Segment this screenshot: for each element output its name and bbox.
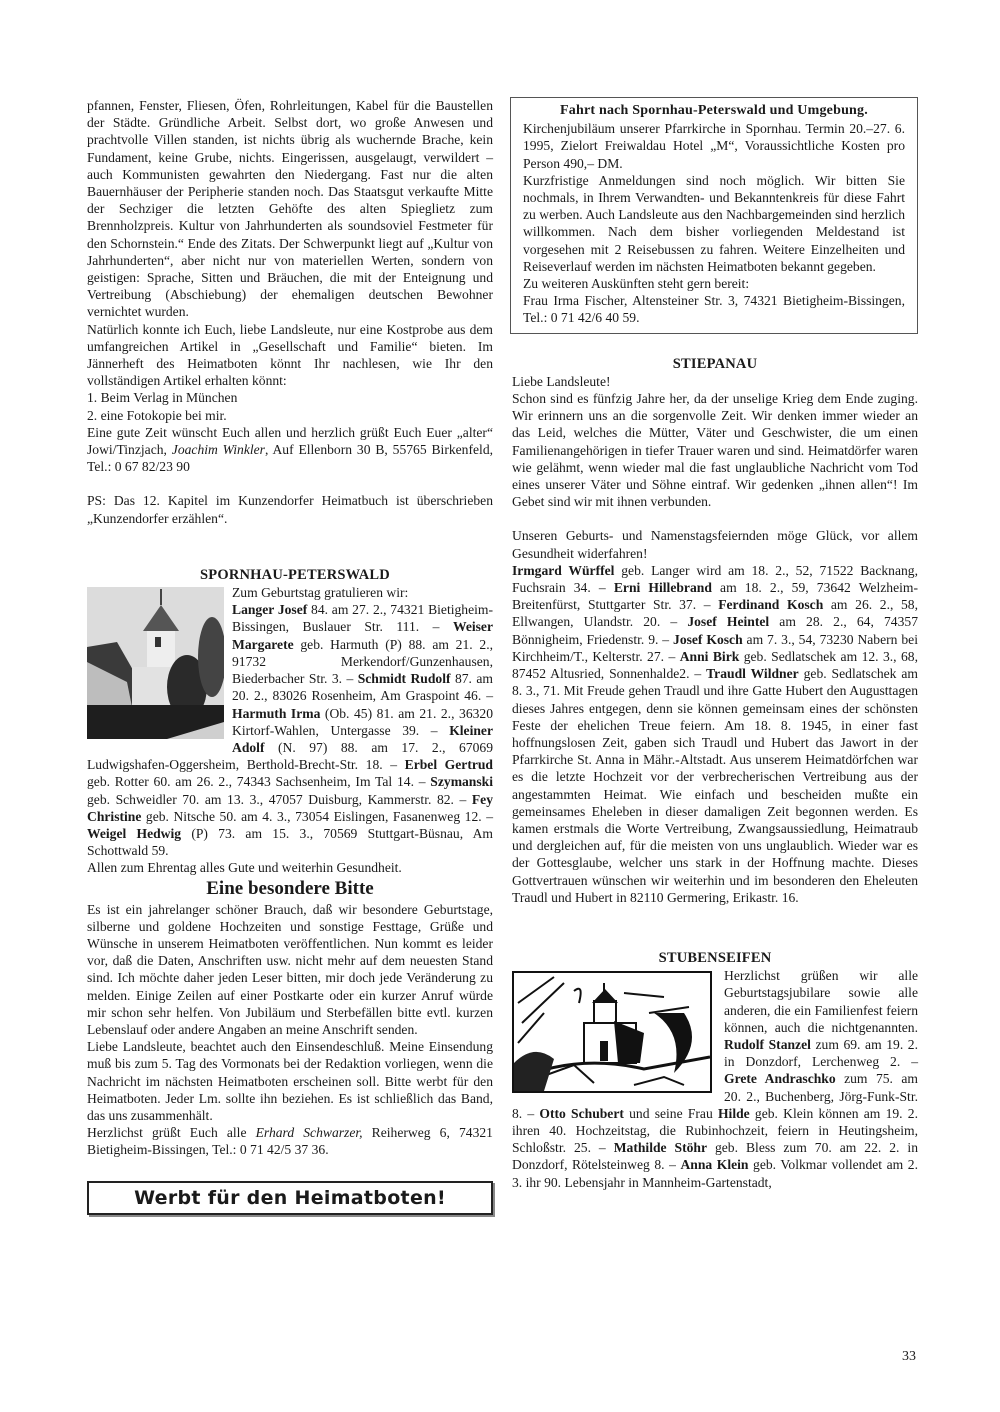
person-name: Irmgard Würffel xyxy=(512,563,614,578)
person-name: Josef Kosch xyxy=(673,632,743,647)
bitte-paragraph-1: Es ist ein jahrelanger schöner Brauch, d… xyxy=(87,901,493,1039)
person-name: Grete Andraschko xyxy=(724,1071,836,1086)
person-name: Otto Schubert xyxy=(539,1106,624,1121)
fahrt-paragraph-2: Kurzfristige Anmeldungen sind noch mögli… xyxy=(523,172,905,275)
section-heading: SPORNHAU-PETERSWALD xyxy=(87,567,493,584)
church-photo-icon xyxy=(87,587,224,739)
stubenseifen-section: STUBENSEIFEN xyxy=(512,950,918,1191)
entry-text: geb. Sedlatschek am 8. 3., 71. Mit Freud… xyxy=(512,666,918,905)
ps-paragraph: PS: Das 12. Kapitel im Kunzendorfer Heim… xyxy=(87,492,493,526)
werbt-banner: Werbt für den Heimatboten! xyxy=(87,1181,493,1215)
spornhau-closing: Allen zum Ehrentag alles Gute und weiter… xyxy=(87,859,493,876)
fahrt-paragraph-3: Zu weiteren Auskünften steht gern bereit… xyxy=(523,275,905,292)
person-name: Mathilde Stöhr xyxy=(614,1140,707,1155)
person-name: Ferdinand Kosch xyxy=(718,597,823,612)
signoff-text: Herzlichst grüßt Euch alle xyxy=(87,1125,256,1140)
entry-text: geb. Nitsche 50. am 4. 3., 73054 Eisling… xyxy=(141,809,493,824)
person-name: Anni Birk xyxy=(680,649,740,664)
closing-paragraph: Eine gute Zeit wünscht Euch allen und he… xyxy=(87,424,493,476)
section-heading: Eine besondere Bitte xyxy=(87,877,493,901)
chapel-sketch xyxy=(512,971,712,1093)
section-heading: STIEPANAU xyxy=(512,356,918,373)
stiepanau-section: STIEPANAU Liebe Landsleute! Schon sind e… xyxy=(512,356,918,906)
person-name: Josef Heintel xyxy=(687,614,769,629)
stiepanau-entries: Irmgard Würffel geb. Langer wird am 18. … xyxy=(512,562,918,906)
fahrt-box: Fahrt nach Spornhau-Peterswald und Umgeb… xyxy=(510,97,918,334)
spornhau-section: SPORNHAU-PETERSWALD Zum Geburtstag gratu… xyxy=(87,567,493,877)
entry-text: und seine Frau xyxy=(624,1106,718,1121)
page-number: 33 xyxy=(902,1349,916,1365)
fahrt-paragraph-1: Kirchenjubiläum unserer Pfarrkirche in S… xyxy=(523,120,905,172)
person-name: Harmuth Irma xyxy=(232,706,320,721)
list-item: 2. eine Fotokopie bei mir. xyxy=(87,407,493,424)
person-name: Erni Hillebrand xyxy=(614,580,712,595)
stiepanau-paragraph-2: Unseren Geburts- und Namenstagsfeiernden… xyxy=(512,527,918,561)
intro-text: Herzlichst grüßen wir alle Geburtstagsju… xyxy=(724,968,918,1035)
left-column: pfannen, Fenster, Fliesen, Öfen, Rohrlei… xyxy=(87,97,493,1215)
kostprobe-paragraph: Natürlich konnte ich Euch, liebe Landsle… xyxy=(87,321,493,390)
bitte-signoff: Herzlichst grüßt Euch alle Erhard Schwar… xyxy=(87,1124,493,1158)
chapel-sketch-icon xyxy=(514,973,710,1091)
person-name: Traudl Wildner xyxy=(706,666,799,681)
entry-text: geb. Schweidler 70. am 13. 3., 47057 Dui… xyxy=(87,792,472,807)
author-name: Erhard Schwarzer, xyxy=(256,1125,363,1140)
right-column: Fahrt nach Spornhau-Peterswald und Umgeb… xyxy=(512,97,918,1191)
person-name: Erbel Gertrud xyxy=(405,757,493,772)
person-name: Langer Josef xyxy=(232,602,307,617)
entry-text: geb. Rotter 60. am 26. 2., 74343 Sachsen… xyxy=(87,774,430,789)
fahrt-contact: Frau Irma Fischer, Altensteiner Str. 3, … xyxy=(523,292,905,326)
person-name: Hilde xyxy=(718,1106,750,1121)
church-photo xyxy=(87,587,224,739)
person-name: Weigel Hedwig xyxy=(87,826,181,841)
list-item: 1. Beim Verlag in München xyxy=(87,389,493,406)
bitte-section: Eine besondere Bitte Es ist ein jahrelan… xyxy=(87,877,493,1159)
person-name: Anna Klein xyxy=(680,1157,748,1172)
bitte-paragraph-2: Liebe Landsleute, beachtet auch den Eins… xyxy=(87,1038,493,1124)
stiepanau-greeting: Liebe Landsleute! xyxy=(512,373,918,390)
stiepanau-paragraph-1: Schon sind es fünfzig Jahre her, da der … xyxy=(512,390,918,510)
author-name: Joachim Winkler xyxy=(172,442,265,457)
intro-paragraph: pfannen, Fenster, Fliesen, Öfen, Rohrlei… xyxy=(87,97,493,321)
section-heading: STUBENSEIFEN xyxy=(512,950,918,967)
person-name: Schmidt Rudolf xyxy=(358,671,451,686)
person-name: Szymanski xyxy=(430,774,493,789)
person-name: Rudolf Stanzel xyxy=(724,1037,811,1052)
box-heading: Fahrt nach Spornhau-Peterswald und Umgeb… xyxy=(523,102,905,119)
